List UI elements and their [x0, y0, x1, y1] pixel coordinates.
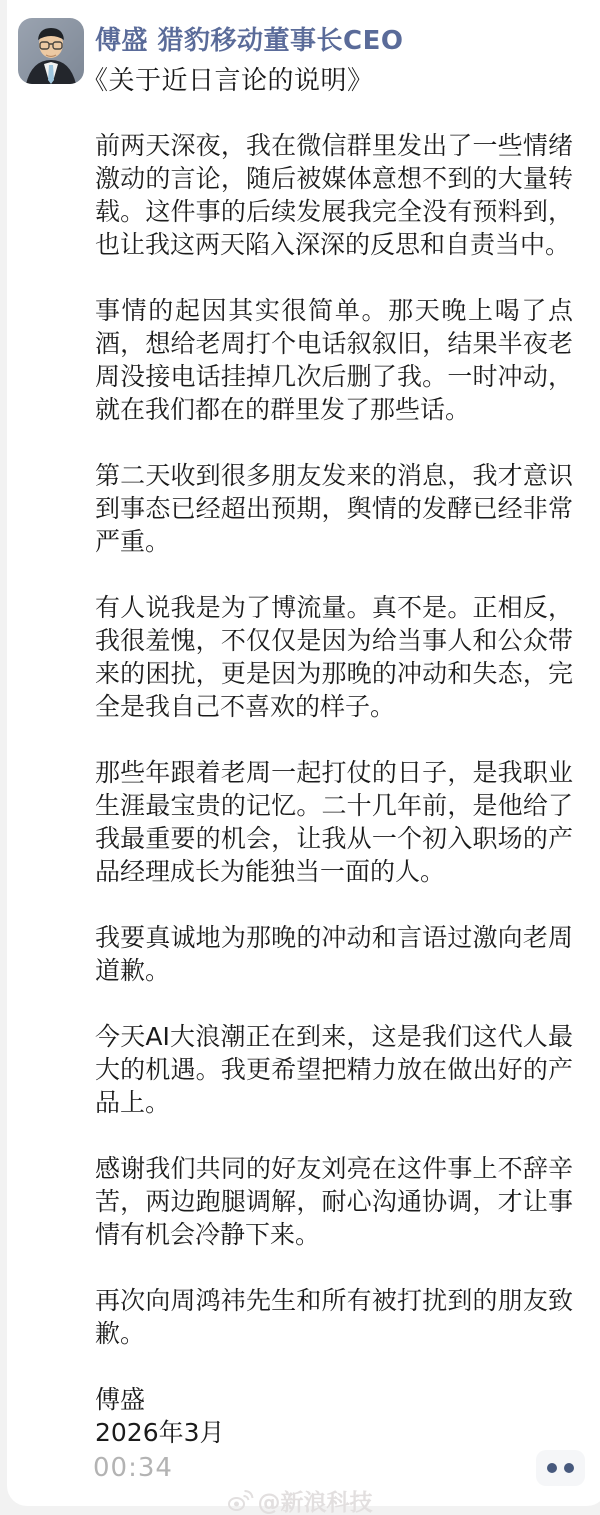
signature-block: 傅盛 2026年3月 [95, 1383, 573, 1449]
signature-date: 2026年3月 [95, 1416, 573, 1449]
avatar[interactable] [18, 18, 84, 84]
paragraph: 再次向周鸿祎先生和所有被打扰到的朋友致歉。 [95, 1284, 573, 1350]
paragraph: 有人说我是为了博流量。真不是。正相反，我很羞愧，不仅仅是因为给当事人和公众带来的… [95, 591, 573, 723]
timestamp: 00:34 [93, 1453, 173, 1483]
paragraph: 我要真诚地为那晚的冲动和言语过激向老周道歉。 [95, 921, 573, 987]
paragraph: 今天AI大浪潮正在到来，这是我们这代人最大的机遇。我更希望把精力放在做出好的产品… [95, 1020, 573, 1119]
signature-name: 傅盛 [95, 1383, 573, 1416]
post-title: 《关于近日言论的说明》 [95, 60, 575, 97]
paragraph: 事情的起因其实很简单。那天晚上喝了点酒，想给老周打个电话叙叙旧，结果半夜老周没接… [95, 294, 573, 426]
paragraph: 感谢我们共同的好友刘亮在这件事上不辞辛苦，两边跑腿调解，耐心沟通协调，才让事情有… [95, 1152, 573, 1251]
more-button[interactable] [536, 1450, 585, 1486]
more-dot-icon [564, 1463, 574, 1473]
author-name[interactable]: 傅盛 猎豹移动董事长CEO [95, 20, 575, 57]
weibo-post-screenshot: 傅盛 猎豹移动董事长CEO 《关于近日言论的说明》 前两天深夜，我在微信群里发出… [0, 0, 600, 1515]
paragraph: 那些年跟着老周一起打仗的日子，是我职业生涯最宝贵的记忆。二十几年前，是他给了我最… [95, 756, 573, 888]
paragraph: 第二天收到很多朋友发来的消息，我才意识到事态已经超出预期，舆情的发酵已经非常严重… [95, 459, 573, 558]
paragraph: 前两天深夜，我在微信群里发出了一些情绪激动的言论，随后被媒体意想不到的大量转载。… [95, 129, 573, 261]
post-body: 前两天深夜，我在微信群里发出了一些情绪激动的言论，随后被媒体意想不到的大量转载。… [95, 129, 573, 1449]
avatar-portrait-icon [18, 18, 84, 84]
watermark: @新浪科技 [228, 1484, 373, 1515]
weibo-logo-icon [228, 1490, 254, 1512]
watermark-text: @新浪科技 [258, 1484, 373, 1515]
more-dot-icon [547, 1463, 557, 1473]
